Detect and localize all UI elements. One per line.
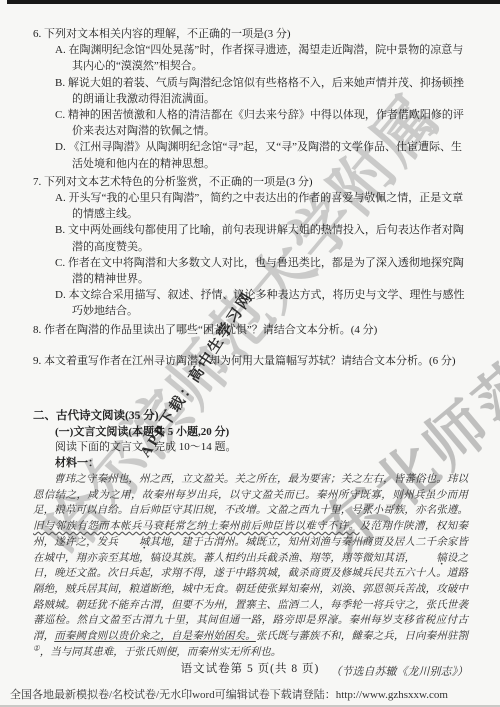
option-label: D. — [55, 141, 66, 153]
question-6-stem-text: 下列对文本相关内容的理解，不正确的一项是(3 分) — [44, 28, 291, 40]
question-6-option-c: C. 精神的困苦愤激和人格的清洁都在《归去来兮辞》中得以体现，作者借欧阳修的评价… — [55, 107, 468, 139]
question-7: 7. 下列对文本艺术特色的分析鉴赏，不正确的一项是(3 分) A. 开头写“我的… — [33, 174, 468, 320]
question-6-option-a: A. 在陶渊明纪念馆“四处晃荡”时，作者探寻遗迹，渴望走近陶潜，院中景物的凉意与… — [55, 42, 468, 74]
question-6-option-b: B. 解说大姐的着装、气质与陶潜纪念馆似有些格格不入，后来她声情并茂、抑扬顿挫的… — [55, 75, 468, 107]
passage-segment-n: 曹玮之守秦州也，州之西，立文盈关。关之所在，最为要害；关之左右，皆蕃俗也。玮以恩… — [33, 474, 468, 516]
passage-segment-n: 设之日，晚还文盈。次日兵起，求翔不得，遂于中路筑城，截杀商贾及修城兵民共五六十人… — [33, 553, 468, 643]
option-text: 本文综合采用描写、叙述、抒情、议论多种表达方式，将历史与文学、理性与感性巧妙地结… — [68, 289, 464, 317]
page-number: 语文试卷第 5 页(共 8 页) — [0, 660, 500, 676]
section-subtitle: (一)文言文阅读(本题共 5 小题,20 分) — [55, 425, 468, 441]
question-7-option-b: B. 文中两处画线句都使用了比喻，前句表现讲解大姐的热情投入，后句表达作者对陶潜… — [55, 222, 468, 254]
option-label: D. — [55, 289, 66, 301]
question-6-number: 6. — [33, 28, 41, 40]
question-7-option-c: C. 作者在文中将陶潜和大多数文人对比，也与鲁迅类比，都是为了深入透彻地探究陶潜… — [55, 255, 468, 287]
passage-segment-sup: ① — [33, 643, 40, 652]
question-8: 8. 作者在陶潜的作品里读出了哪些“困苦忧惧”？请结合文本分析。(4 分) — [33, 322, 468, 338]
question-6: 6. 下列对文本相关内容的理解，不正确的一项是(3 分) A. 在陶渊明纪念馆“… — [33, 26, 468, 172]
passage-segment-d: 犒 — [415, 551, 447, 567]
question-8-stem-text: 作者在陶潜的作品里读出了哪些“困苦忧惧”？请结合文本分析。(4 分) — [44, 324, 377, 336]
question-8-stem: 8. 作者在陶潜的作品里读出了哪些“困苦忧惧”？请结合文本分析。(4 分) — [33, 322, 468, 338]
passage-segment-d: 城 — [118, 535, 150, 551]
footer-download-notice: 全国各地最新模拟卷/名校试卷/无水印word可编辑试卷下载请登陆：http://… — [10, 686, 448, 702]
option-label: A. — [55, 192, 66, 204]
question-7-stem: 7. 下列对文本艺术特色的分析鉴赏，不正确的一项是(3 分) — [33, 174, 468, 190]
question-7-option-a: A. 开头写“我的心里只有陶潜”，简约之中表达出的作者的喜爱与敬佩之情，正是文章… — [55, 190, 468, 222]
option-label: C. — [55, 257, 65, 269]
question-7-stem-text: 下列对文本艺术特色的分析鉴赏，不正确的一项是(3 分) — [44, 176, 313, 188]
question-9-stem: 9. 本文着重写作者在江州寻访陶潜，却为何用大量篇幅写苏轼？请结合文本分析。(6… — [33, 353, 468, 369]
option-text: 在陶渊明纪念馆“四处晃荡”时，作者探寻遗迹，渴望走近陶潜，院中景物的凉意与其内心… — [68, 44, 463, 72]
question-7-option-d: D. 本文综合采用描写、叙述、抒情、议论多种表达方式，将历史与文学、理性与感性巧… — [55, 287, 468, 319]
classical-passage: 曹玮之守秦州也，州之西，立文盈关。关之所在，最为要害；关之左右，皆蕃俗也。玮以恩… — [33, 472, 468, 660]
option-text: 文中两处画线句都使用了比喻，前句表现讲解大姐的热情投入，后句表达作者对陶潜的高度… — [68, 224, 464, 252]
question-7-number: 7. — [33, 176, 41, 188]
question-8-number: 8. — [33, 324, 41, 336]
option-text: 精神的困苦愤激和人格的清洁都在《归去来兮辞》中得以体现，作者借欧阳修的评价来表达… — [68, 109, 464, 137]
option-text: 作者在文中将陶潜和大多数文人对比，也与鲁迅类比，都是为了深入透彻地探究陶潜的精神… — [68, 257, 464, 285]
section-instruction: 阅读下面的文言文，完成 10～14 题。 — [55, 440, 468, 456]
option-label: B. — [55, 77, 65, 89]
passage-segment-u: 而秦阙食则以贵价籴之，自是秦州始困矣。 — [54, 631, 256, 642]
option-text: 《江州寻陶潜》从陶渊明纪念馆“寻”起，又“寻”及陶潜的文学作品、仕宦遭际、生活处… — [68, 141, 462, 169]
question-9-number: 9. — [33, 355, 41, 367]
option-text: 开头写“我的心里只有陶潜”，简约之中表达出的作者的喜爱与敬佩之情，正是文章的情感… — [68, 192, 463, 220]
material-one-label: 材料一： — [55, 456, 468, 472]
question-9: 9. 本文着重写作者在江州寻访陶潜，却为何用大量篇幅写苏轼？请结合文本分析。(6… — [33, 353, 468, 369]
passage-segment-n: ，当与同其患难，于张氏则便，而秦州实无所利也。 — [40, 647, 282, 658]
question-6-stem: 6. 下列对文本相关内容的理解，不正确的一项是(3 分) — [33, 26, 468, 42]
section-title: 二、古代诗文阅读(35 分) — [33, 409, 468, 425]
passage-segment-w: 旧与邻族有怨而本帐兵马衰耗常乞纳土秦州前后帅臣皆以难守不许。 — [33, 521, 360, 532]
option-label: B. — [55, 224, 65, 236]
option-label: C. — [55, 109, 65, 121]
passage-segment-n: 张氏既与蕃族不和，雠秦之兵，日向秦州驻劄 — [256, 631, 468, 642]
exam-page: 6. 下列对文本相关内容的理解，不正确的一项是(3 分) A. 在陶渊明纪念馆“… — [33, 26, 468, 679]
question-9-stem-text: 本文着重写作者在江州寻访陶潜，却为何用大量篇幅写苏轼？请结合文本分析。(6 分) — [44, 355, 456, 367]
option-text: 解说大姐的着装、气质与陶潜纪念馆似有些格格不入，后来她声情并茂、抑扬顿挫的朗诵让… — [68, 77, 464, 105]
option-label: A. — [55, 44, 66, 56]
scan-edge-artifact-top — [7, 0, 500, 4]
question-6-option-d: D. 《江州寻陶潜》从陶渊明纪念馆“寻”起，又“寻”及陶潜的文学作品、仕宦遭际、… — [55, 139, 468, 171]
